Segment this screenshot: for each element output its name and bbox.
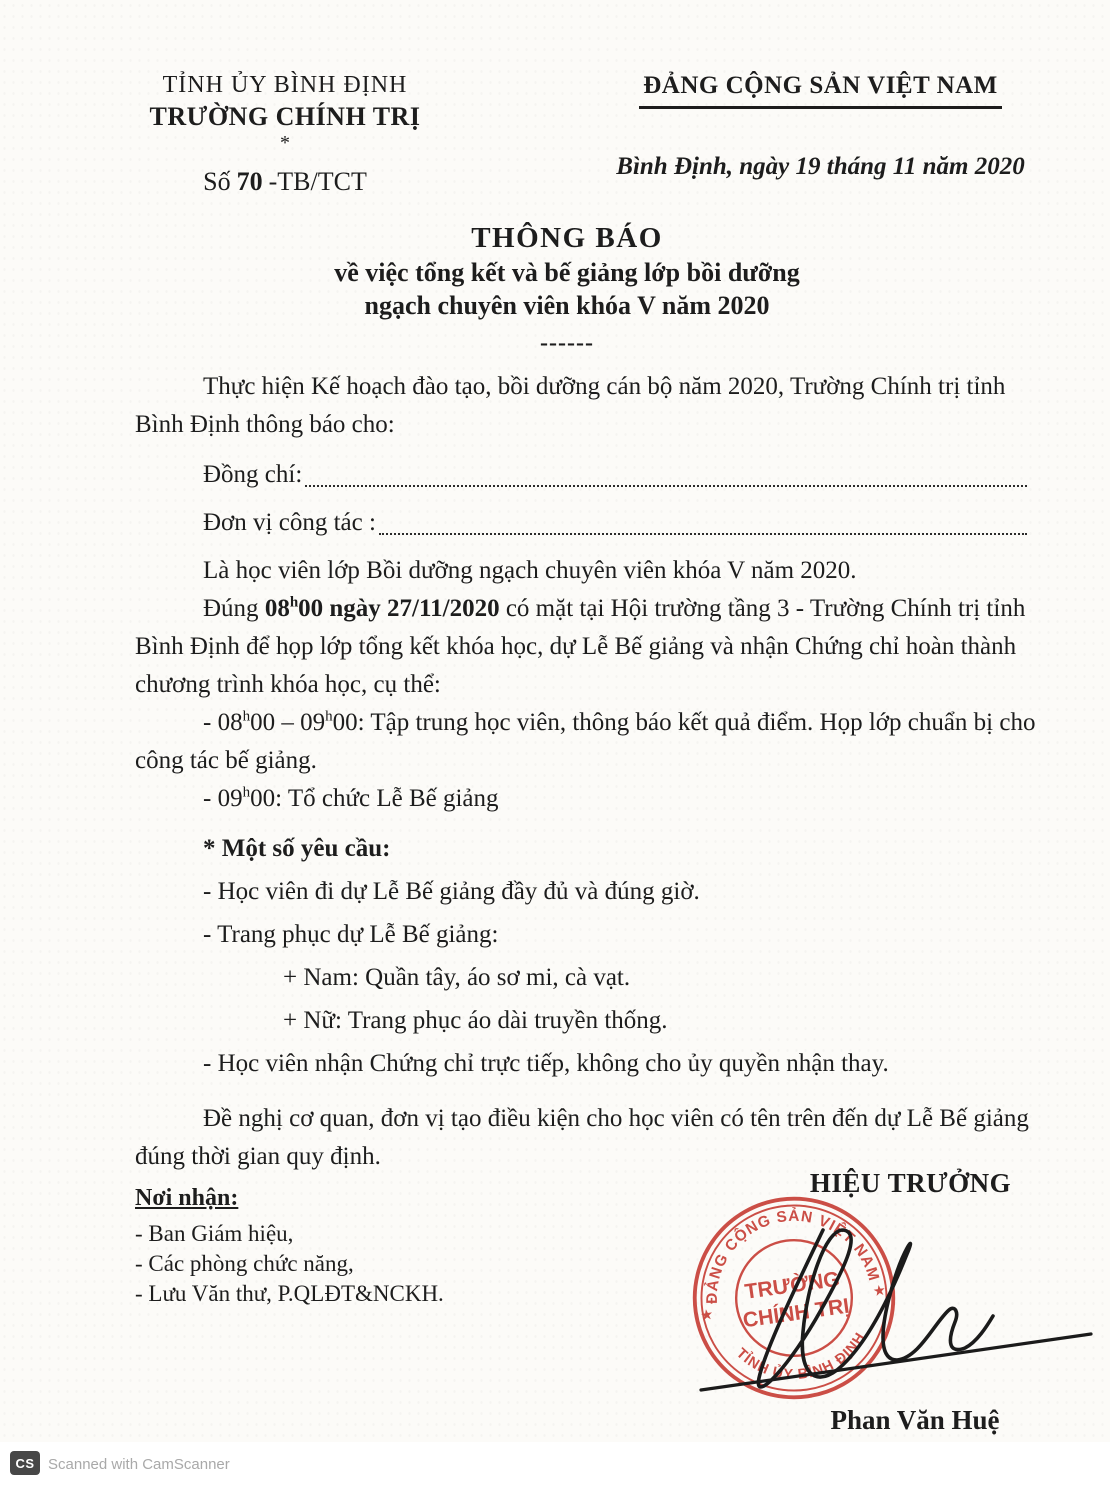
hour-superscript: h — [290, 595, 298, 611]
meeting-paragraph: Đúng 08h00 ngày 27/11/2020 có mặt tại Hộ… — [135, 590, 1041, 704]
work-unit-dotted-line — [379, 533, 1027, 535]
party-name: ĐẢNG CỘNG SẢN VIỆT NAM — [639, 72, 1002, 109]
meeting-time-bold: 08h00 ngày 27/11/2020 — [265, 595, 500, 622]
recipients-block: Nơi nhận: - Ban Giám hiệu, - Các phòng c… — [135, 1183, 444, 1309]
dresscode-women: + Nữ: Trang phục áo dài truyền thống. — [135, 1002, 1041, 1040]
dresscode-men: + Nam: Quần tây, áo sơ mi, cà vạt. — [135, 959, 1041, 997]
title-divider: ------ — [147, 330, 987, 356]
doc-no-suffix: -TB/TCT — [269, 167, 367, 196]
recipient-item: - Các phòng chức năng, — [135, 1249, 444, 1279]
closing-paragraph: Đề nghị cơ quan, đơn vị tạo điều kiện ch… — [135, 1100, 1041, 1176]
comrade-label: Đồng chí: — [203, 456, 302, 494]
requirement-certificate: - Học viên nhận Chứng chỉ trực tiếp, khô… — [135, 1045, 1041, 1083]
meeting-pre: Đúng — [203, 595, 265, 622]
document-body: Thực hiện Kế hoạch đào tạo, bồi dưỡng cá… — [135, 368, 1041, 1176]
issuer-org: TRƯỜNG CHÍNH TRỊ — [85, 102, 485, 132]
issuer-block: TỈNH ỦY BÌNH ĐỊNH TRƯỜNG CHÍNH TRỊ * Số7… — [85, 72, 485, 197]
requirements-heading: * Một số yêu cầu: — [135, 830, 1041, 868]
doc-no-label: Số — [203, 167, 230, 196]
camscanner-watermark-text: Scanned with CamScanner — [48, 1456, 230, 1473]
hour-superscript: h — [243, 785, 251, 801]
issuer-parent-org: TỈNH ỦY BÌNH ĐỊNH — [85, 72, 485, 99]
work-unit-row: Đơn vị công tác : — [135, 504, 1041, 542]
requirement-attendance: - Học viên đi dự Lễ Bế giảng đầy đủ và đ… — [135, 873, 1041, 911]
signature — [695, 1222, 1095, 1407]
meeting-hour: 08 — [265, 595, 290, 622]
hour-superscript: h — [325, 709, 333, 725]
doc-no-value: 70 — [231, 167, 269, 196]
comrade-row: Đồng chí: — [135, 456, 1041, 494]
scanned-document-page: TỈNH ỦY BÌNH ĐỊNH TRƯỜNG CHÍNH TRỊ * Số7… — [0, 0, 1110, 1500]
signer-name: Phan Văn Huệ — [765, 1405, 1065, 1436]
recipient-item: - Ban Giám hiệu, — [135, 1219, 444, 1249]
requirement-dresscode: - Trang phục dự Lễ Bế giảng: — [135, 916, 1041, 954]
star-separator: * — [85, 133, 485, 153]
notice-subtitle-2: ngạch chuyên viên khóa V năm 2020 — [147, 289, 987, 322]
recipients-title: Nơi nhận: — [135, 1183, 444, 1213]
recipient-item: - Lưu Văn thư, P.QLĐT&NCKH. — [135, 1279, 444, 1309]
comrade-dotted-line — [305, 485, 1027, 487]
schedule-item-2: - 09h00: Tổ chức Lễ Bế giảng — [135, 780, 1041, 818]
meeting-date: 00 ngày 27/11/2020 — [298, 595, 499, 622]
hour-superscript: h — [243, 709, 251, 725]
national-header-block: ĐẢNG CỘNG SẢN VIỆT NAM Bình Định, ngày 1… — [598, 72, 1043, 181]
title-block: THÔNG BÁO về việc tổng kết và bế giảng l… — [147, 220, 987, 356]
notice-subtitle-1: về việc tổng kết và bế giảng lớp bồi dưỡ… — [147, 256, 987, 289]
place-date-line: Bình Định, ngày 19 tháng 11 năm 2020 — [598, 153, 1043, 181]
camscanner-logo-icon: CS — [10, 1451, 40, 1475]
document-number: Số70-TB/TCT — [85, 167, 485, 197]
intro-paragraph: Thực hiện Kế hoạch đào tạo, bồi dưỡng cá… — [135, 368, 1041, 444]
work-unit-label: Đơn vị công tác : — [203, 504, 376, 542]
signature-underline-stroke — [701, 1334, 1091, 1390]
student-line: Là học viên lớp Bồi dưỡng ngạch chuyên v… — [135, 552, 1041, 590]
notice-title: THÔNG BÁO — [147, 220, 987, 256]
schedule-item-1: - 08h00 – 09h00: Tập trung học viên, thô… — [135, 704, 1041, 780]
